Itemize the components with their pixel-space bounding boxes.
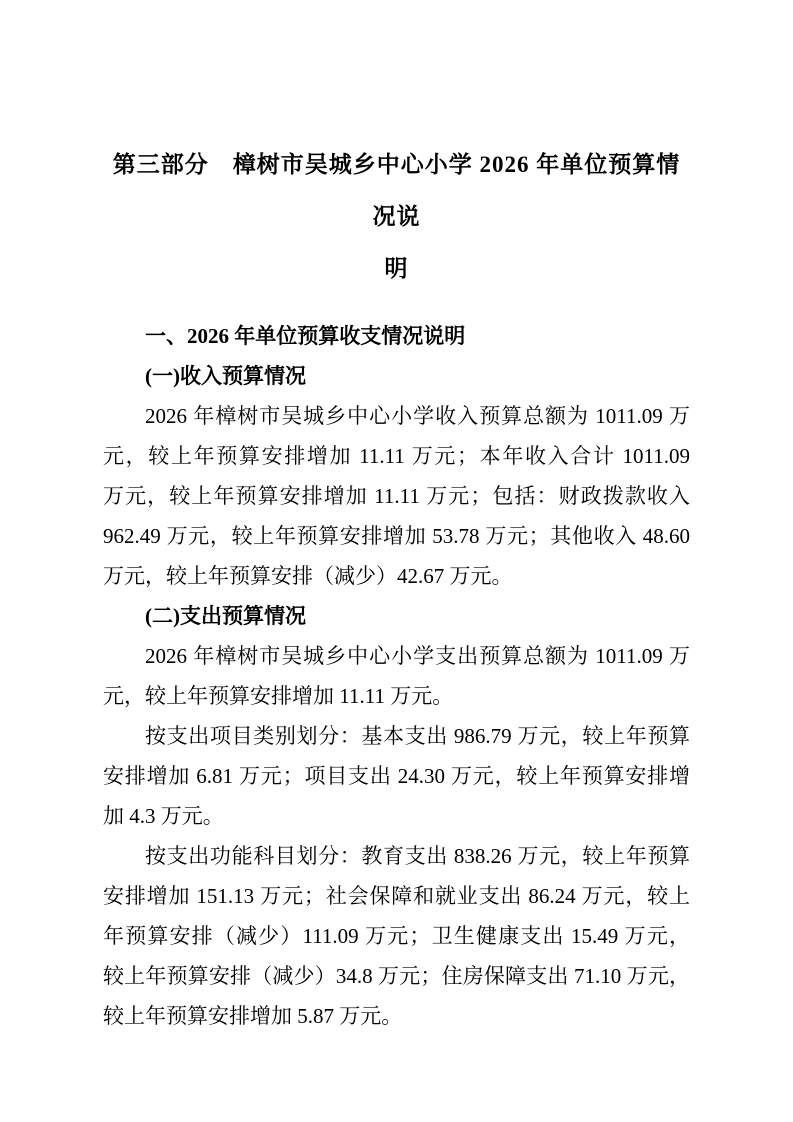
text-line: 2026 年樟树市吴城乡中心小学支出预算总额为 1011.09 万 [103, 636, 690, 676]
document-title-line-1: 第三部分 樟树市吴城乡中心小学 2026 年单位预算情况说 [103, 139, 690, 243]
text-line: 年预算安排（减少）111.09 万元；卫生健康支出 15.49 万元， [103, 916, 690, 956]
text-line: 2026 年樟树市吴城乡中心小学收入预算总额为 1011.09 万 [103, 396, 690, 436]
text-line: 加 4.3 万元。 [103, 796, 690, 836]
paragraph: 按支出功能科目划分：教育支出 838.26 万元，较上年预算安排增加 151.1… [103, 836, 690, 1036]
text-line: 较上年预算安排（减少）34.8 万元；住房保障支出 71.10 万元， [103, 956, 690, 996]
text-line: 安排增加 151.13 万元；社会保障和就业支出 86.24 万元，较上 [103, 876, 690, 916]
text-line: 万元，较上年预算安排增加 11.11 万元；包括：财政拨款收入 [103, 476, 690, 516]
text-line: 万元，较上年预算安排（减少）42.67 万元。 [103, 556, 690, 596]
document-page: 第三部分 樟树市吴城乡中心小学 2026 年单位预算情况说 明 一、2026 年… [0, 0, 793, 1122]
text-line: 962.49 万元，较上年预算安排增加 53.78 万元；其他收入 48.60 [103, 516, 690, 556]
text-line: 较上年预算安排增加 5.87 万元。 [103, 996, 690, 1036]
section-heading: (二)支出预算情况 [103, 596, 690, 636]
paragraph: 2026 年樟树市吴城乡中心小学支出预算总额为 1011.09 万元，较上年预算… [103, 636, 690, 716]
document-content: 第三部分 樟树市吴城乡中心小学 2026 年单位预算情况说 明 一、2026 年… [0, 139, 793, 1036]
paragraph: 2026 年樟树市吴城乡中心小学收入预算总额为 1011.09 万元，较上年预算… [103, 396, 690, 596]
section-heading: (一)收入预算情况 [103, 356, 690, 396]
document-title: 第三部分 樟树市吴城乡中心小学 2026 年单位预算情况说 明 [103, 139, 690, 295]
paragraph: 按支出项目类别划分：基本支出 986.79 万元，较上年预算安排增加 6.81 … [103, 716, 690, 836]
document-title-line-2: 明 [103, 243, 690, 295]
document-body: 一、2026 年单位预算收支情况说明(一)收入预算情况2026 年樟树市吴城乡中… [103, 316, 690, 1036]
text-line: 按支出项目类别划分：基本支出 986.79 万元，较上年预算 [103, 716, 690, 756]
text-line: 安排增加 6.81 万元；项目支出 24.30 万元，较上年预算安排增 [103, 756, 690, 796]
text-line: 按支出功能科目划分：教育支出 838.26 万元，较上年预算 [103, 836, 690, 876]
section-heading: 一、2026 年单位预算收支情况说明 [103, 316, 690, 356]
text-line: 元，较上年预算安排增加 11.11 万元；本年收入合计 1011.09 [103, 436, 690, 476]
text-line: 元，较上年预算安排增加 11.11 万元。 [103, 676, 690, 716]
